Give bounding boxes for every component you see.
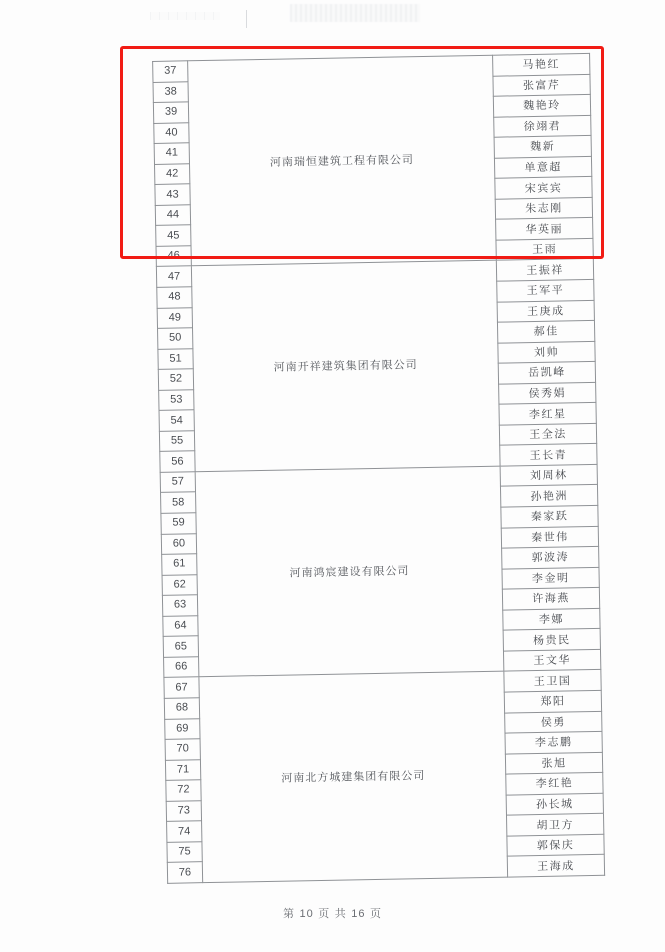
page-footer: 第 10 页 共 16 页 xyxy=(0,905,665,921)
row-number: 58 xyxy=(161,492,196,513)
person-name: 侯秀娟 xyxy=(499,382,596,404)
person-name: 杨贵民 xyxy=(503,629,600,651)
bleed-through-mark xyxy=(246,10,247,28)
person-name: 岳凯峰 xyxy=(498,362,595,384)
row-number: 53 xyxy=(159,390,194,411)
person-name: 王庚成 xyxy=(497,300,594,322)
person-name: 李红星 xyxy=(499,403,596,425)
row-number: 52 xyxy=(158,369,193,390)
row-number: 57 xyxy=(160,472,195,493)
person-name: 郝佳 xyxy=(497,321,594,343)
row-number: 66 xyxy=(164,657,199,678)
row-number: 56 xyxy=(160,451,195,472)
person-name: 王全法 xyxy=(499,423,596,445)
row-number: 62 xyxy=(162,574,197,595)
person-name: 王卫国 xyxy=(504,670,601,692)
row-number: 51 xyxy=(158,348,193,369)
person-name: 胡卫方 xyxy=(506,814,603,836)
person-name: 秦家跃 xyxy=(501,505,598,527)
person-name: 李金明 xyxy=(502,567,599,589)
total-pages: 16 xyxy=(351,908,365,920)
person-name: 郭波涛 xyxy=(502,546,599,568)
company-name: 河南开祥建筑集团有限公司 xyxy=(191,261,500,472)
row-number: 48 xyxy=(157,287,192,308)
bleed-through-text xyxy=(290,4,420,22)
footer-prefix: 第 xyxy=(283,907,295,920)
row-number: 75 xyxy=(167,841,202,862)
row-number: 60 xyxy=(161,533,196,554)
person-name: 王振祥 xyxy=(496,259,593,281)
company-name: 河南北方城建集团有限公司 xyxy=(199,672,508,883)
row-number: 69 xyxy=(165,718,200,739)
highlight-box xyxy=(120,46,604,259)
row-number: 47 xyxy=(156,266,191,287)
footer-middle: 页 共 xyxy=(318,907,347,920)
row-number: 59 xyxy=(161,513,196,534)
row-number: 63 xyxy=(162,595,197,616)
person-name: 郭保庆 xyxy=(507,834,604,856)
row-number: 70 xyxy=(165,739,200,760)
footer-suffix: 页 xyxy=(370,907,382,920)
current-page: 10 xyxy=(300,908,314,920)
row-number: 67 xyxy=(164,677,199,698)
person-name: 郑阳 xyxy=(504,690,601,712)
person-name: 李志鹏 xyxy=(505,731,602,753)
row-number: 65 xyxy=(163,636,198,657)
row-number: 68 xyxy=(164,698,199,719)
row-number: 74 xyxy=(167,821,202,842)
person-name: 王军平 xyxy=(497,279,594,301)
row-number: 71 xyxy=(165,759,200,780)
person-name: 孙艳洲 xyxy=(500,485,597,507)
row-number: 72 xyxy=(166,780,201,801)
person-name: 侯勇 xyxy=(505,711,602,733)
person-name: 孙长城 xyxy=(506,793,603,815)
person-name: 王长青 xyxy=(500,444,597,466)
person-name: 李红艳 xyxy=(506,772,603,794)
person-name: 王海成 xyxy=(507,855,604,877)
row-number: 54 xyxy=(159,410,194,431)
row-number: 55 xyxy=(159,431,194,452)
person-name: 王文华 xyxy=(503,649,600,671)
bleed-through-text xyxy=(150,12,220,20)
person-name: 李娜 xyxy=(503,608,600,630)
person-name: 刘周林 xyxy=(500,464,597,486)
person-name: 秦世伟 xyxy=(501,526,598,548)
row-number: 61 xyxy=(162,554,197,575)
row-number: 64 xyxy=(163,615,198,636)
row-number: 76 xyxy=(167,862,202,883)
row-number: 50 xyxy=(158,328,193,349)
row-number: 73 xyxy=(166,800,201,821)
person-name: 许海燕 xyxy=(502,588,599,610)
company-name: 河南鸿宸建设有限公司 xyxy=(195,466,504,677)
row-number: 49 xyxy=(157,307,192,328)
person-name: 刘帅 xyxy=(498,341,595,363)
person-name: 张旭 xyxy=(505,752,602,774)
